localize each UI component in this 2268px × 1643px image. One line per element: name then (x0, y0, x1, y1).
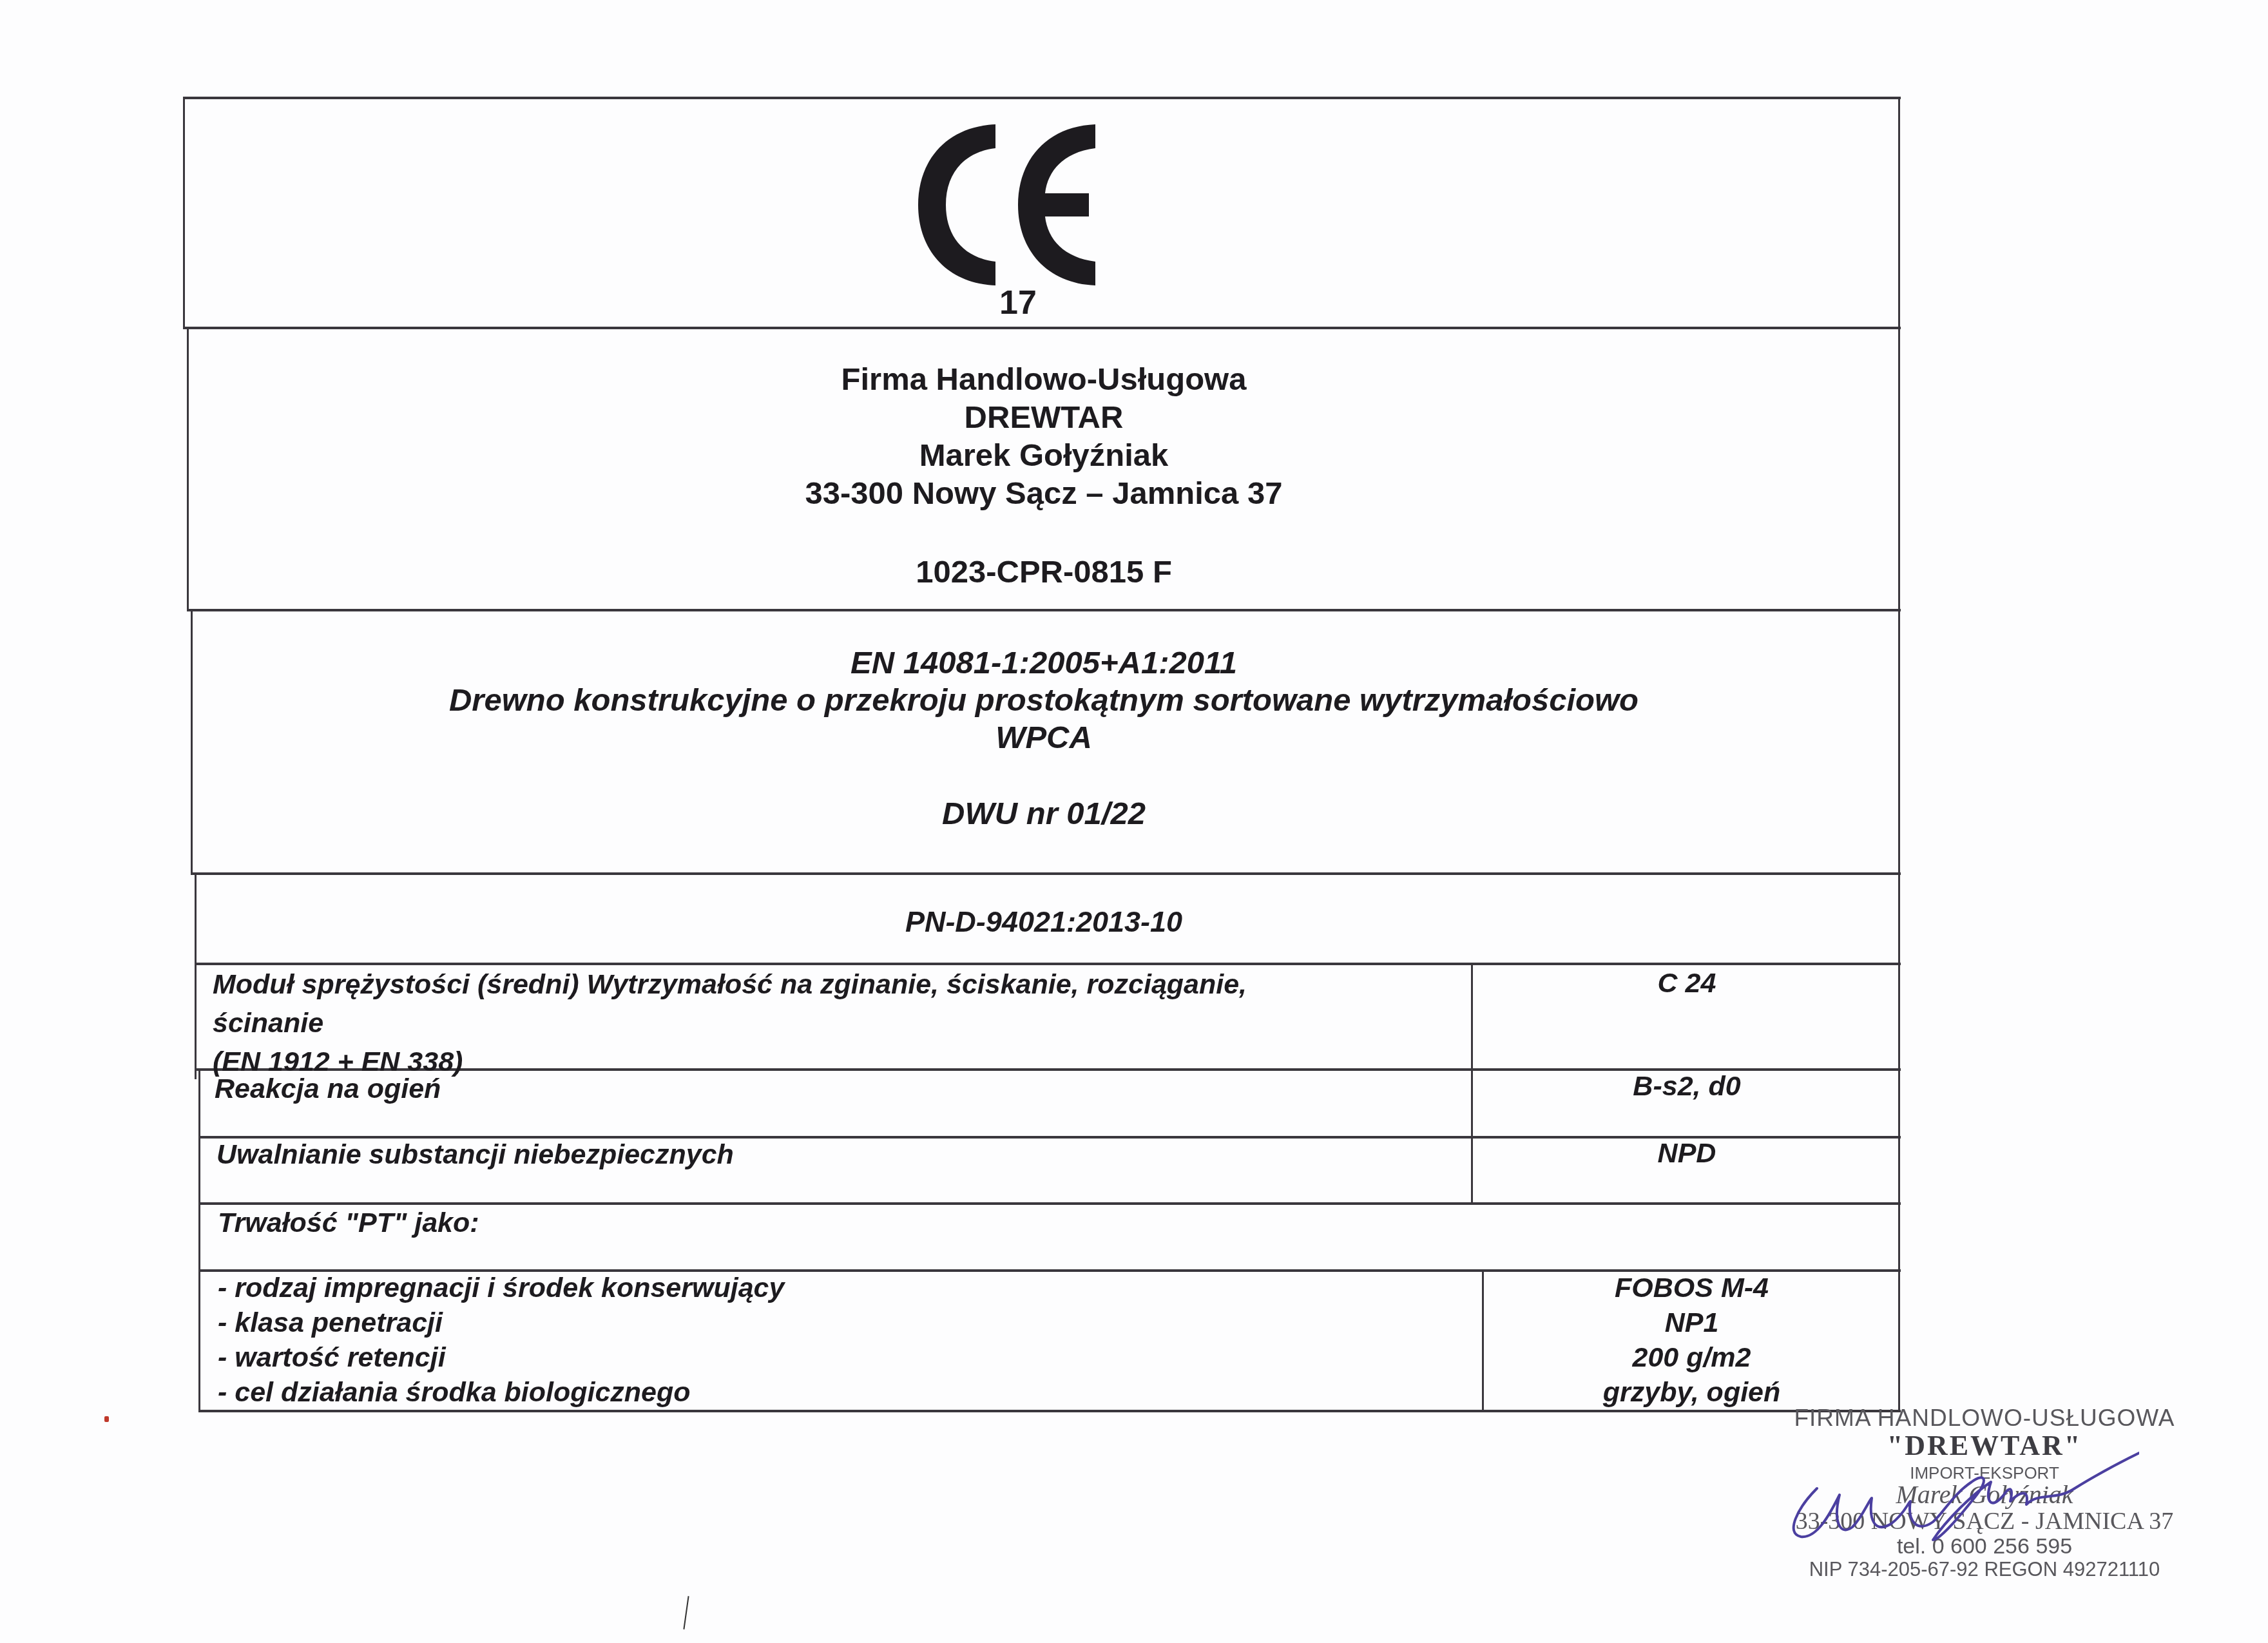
table-left-border (195, 873, 197, 1079)
product-abbreviation: WPCA (187, 719, 1901, 756)
property-value-dangerous-substances: NPD (1475, 1135, 1898, 1171)
stamp-line: FIRMA HANDLOWO-USŁUGOWA (1753, 1405, 2216, 1432)
durability-label: - klasa penetracji (218, 1305, 1468, 1340)
durability-heading: Trwałość "PT" jako: (218, 1205, 1468, 1241)
row-divider (191, 872, 1901, 875)
manufacturer-block: Firma Handlowo-Usługowa DREWTAR Marek Go… (187, 361, 1901, 513)
product-description: Drewno konstrukcyjne o przekroju prostok… (187, 682, 1901, 719)
manufacturer-name: DREWTAR (187, 399, 1901, 437)
dop-number: DWU nr 01/22 (187, 796, 1901, 832)
column-divider (1471, 964, 1473, 1204)
ce-mark-icon (883, 121, 1115, 289)
certificate-number: 1023-CPR-0815 F (187, 554, 1901, 590)
scan-artifact (104, 1416, 109, 1422)
manufacturer-address: 33-300 Nowy Sącz – Jamnica 37 (187, 475, 1901, 513)
durability-value: NP1 (1485, 1305, 1898, 1340)
table-top-border (183, 97, 1901, 99)
notified-body-number: 17 (966, 283, 1070, 322)
stamp-line: NIP 734-205-67-92 REGON 492721110 (1753, 1558, 2216, 1581)
durability-label: - wartość retencji (218, 1340, 1468, 1375)
property-label-dangerous-substances: Uwalnianie substancji niebezpiecznych (216, 1137, 1466, 1173)
classification-standard: PN-D-94021:2013-10 (187, 905, 1901, 939)
durability-values: FOBOS M-4 NP1 200 g/m2 grzyby, ogień (1485, 1271, 1898, 1410)
durability-label: - rodzaj impregnacji i środek konserwują… (218, 1271, 1468, 1305)
property-label-strength: Moduł sprężystości (średni) Wytrzymałość… (213, 966, 1463, 1080)
signature-icon (1778, 1450, 2139, 1546)
row-divider (187, 609, 1901, 611)
durability-value: 200 g/m2 (1485, 1340, 1898, 1375)
scan-artifact (683, 1596, 689, 1629)
durability-labels: - rodzaj impregnacji i środek konserwują… (218, 1271, 1468, 1410)
property-label-fire: Reakcja na ogień (215, 1071, 1465, 1107)
durability-label: - cel działania środka biologicznego (218, 1375, 1468, 1410)
row-divider (183, 327, 1901, 329)
manufacturer-owner: Marek Gołyźniak (187, 437, 1901, 475)
product-block: EN 14081-1:2005+A1:2011 Drewno konstrukc… (187, 644, 1901, 756)
label-line: ścinanie (213, 1005, 1463, 1041)
durability-value: FOBOS M-4 (1485, 1271, 1898, 1305)
column-divider (1482, 1271, 1484, 1411)
property-value-strength: C 24 (1475, 965, 1898, 1001)
product-standard: EN 14081-1:2005+A1:2011 (187, 644, 1901, 682)
table-left-border (198, 1070, 200, 1412)
label-line: Moduł sprężystości (średni) Wytrzymałość… (213, 966, 1463, 1003)
manufacturer-type: Firma Handlowo-Usługowa (187, 361, 1901, 399)
property-value-fire: B-s2, d0 (1475, 1068, 1898, 1104)
table-bottom-border (198, 1410, 1901, 1412)
table-left-border (183, 97, 185, 329)
